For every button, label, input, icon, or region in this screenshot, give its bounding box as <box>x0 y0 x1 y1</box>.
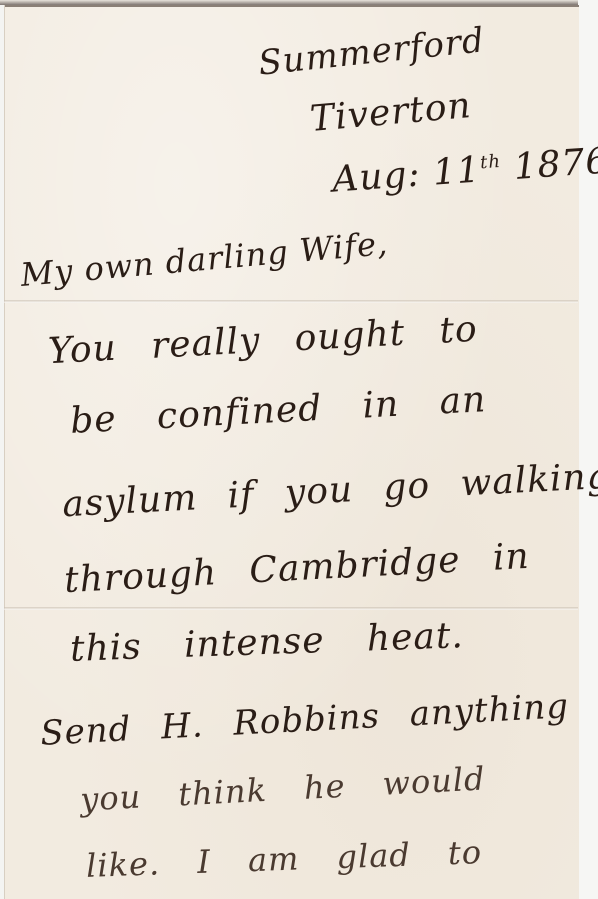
letter-page <box>4 5 579 899</box>
scan-right-margin <box>578 0 598 899</box>
fold-line-lower <box>4 607 578 610</box>
date-year: 1876 <box>512 140 598 188</box>
fold-line-upper <box>4 300 578 303</box>
date-ordinal: th <box>479 151 501 173</box>
